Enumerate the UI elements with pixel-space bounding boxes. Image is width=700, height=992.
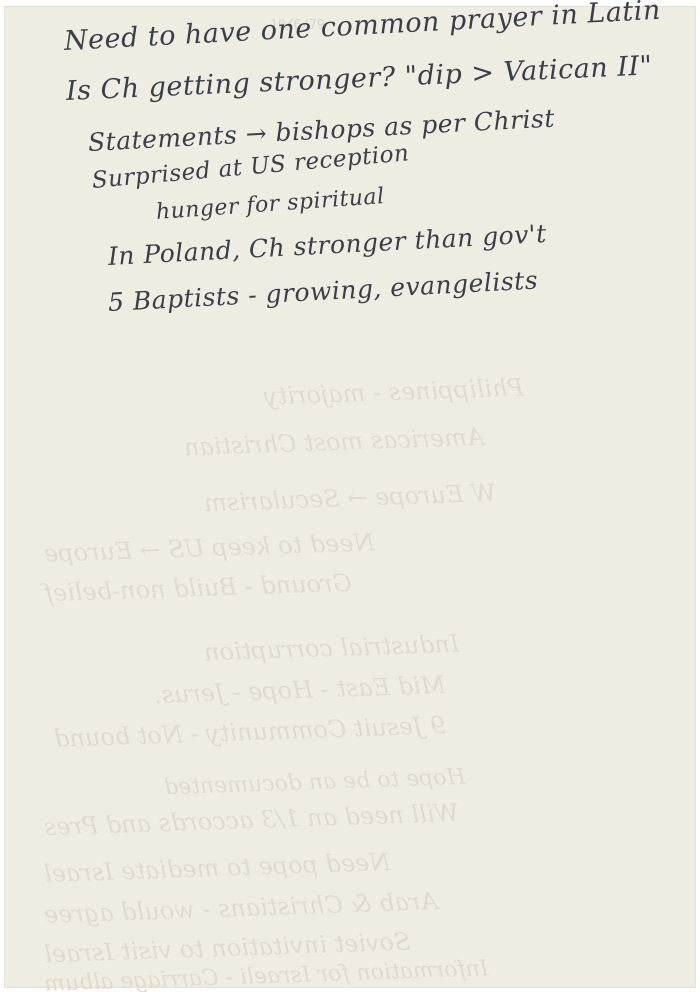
note-line-5: hunger for spiritual [155,184,385,225]
bleedthrough-line: Need pope to mediate Israel [44,848,391,888]
bleedthrough-line: Will need an 1/3 accords and Pres [44,799,459,841]
bleedthrough-line: Americas most Christian [184,423,485,461]
bleedthrough-line: Mid East - Hope - Jerus. [154,671,446,709]
bleedthrough-line: Ground - Build non-belief [44,569,352,608]
note-page: 10/6/79 Philippines - majority Americas … [4,6,696,988]
bleedthrough-line: Need to keep US → Europe [44,528,375,568]
bleedthrough-line: W Europe → Secularism [204,479,497,517]
note-line-7: 5 Baptists - growing, evangelists [107,265,538,316]
bleedthrough-line: Philippines - majority [264,373,525,410]
note-line-6: In Poland, Ch stronger than gov't [107,219,547,271]
bleedthrough-line: Hope to be an documented [164,765,466,801]
note-line-1: Need to have one common prayer in Latin [63,0,661,57]
bleedthrough-line: Arab & Christians - would agree [44,887,439,929]
bleedthrough-line: 9 Jesuit Community - Not bound [54,711,446,753]
bleedthrough-line: Industrial corruption [204,630,460,667]
note-line-2: Is Ch getting stronger? "dip > Vatican I… [65,50,653,107]
